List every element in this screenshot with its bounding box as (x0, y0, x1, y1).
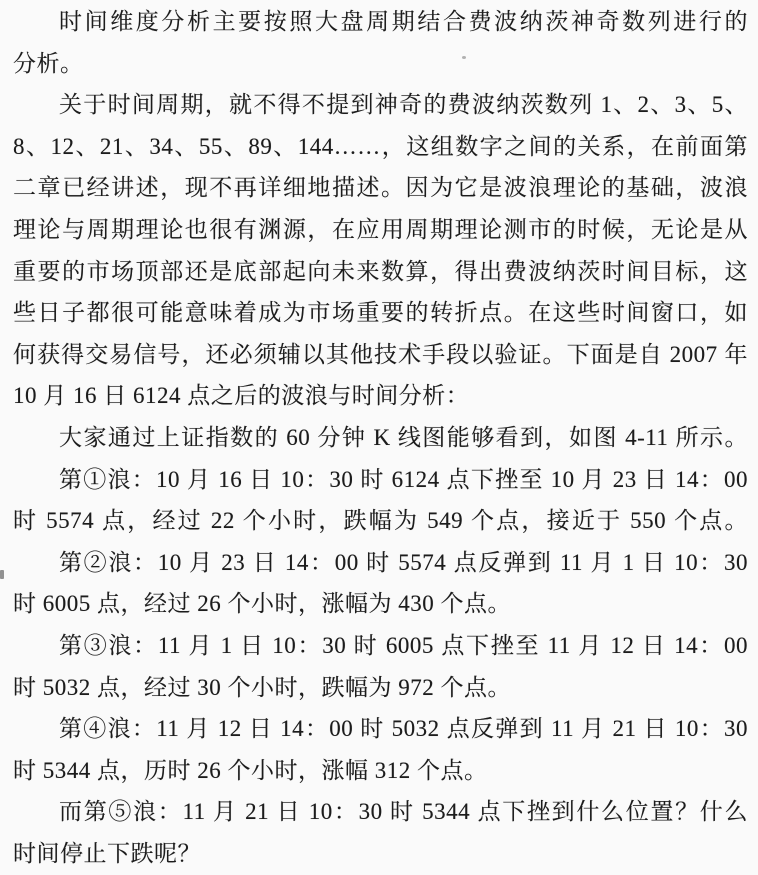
text-line-p3-l1: 大家通过上证指数的 60 分钟 K 线图能够看到，如图 4-11 所示。 (13, 417, 748, 459)
text-line-p5-l2: 时 6005 点，经过 26 个小时，涨幅为 430 个点。 (13, 583, 748, 625)
document-page: 时间维度分析主要按照大盘周期结合费波纳茨神奇数列进行的分析。关于时间周期，就不得… (0, 0, 758, 875)
text-line-p6-l2: 时 5032 点，经过 30 个小时，跌幅为 972 个点。 (13, 667, 748, 709)
scan-artifact (366, 648, 369, 651)
text-line-p2-l2: 8、12、21、34、55、89、144……，这组数字之间的关系，在前面第 (13, 126, 748, 168)
text-line-p2-l1: 关于时间周期，就不得不提到神奇的费波纳茨数列 1、2、3、5、 (13, 84, 748, 126)
text-line-p6-l1: 第③浪：11 月 1 日 10：30 时 6005 点下挫至 11 月 12 日… (13, 625, 748, 667)
text-line-p1-l1: 时间维度分析主要按照大盘周期结合费波纳茨神奇数列进行的 (13, 1, 748, 43)
text-line-p2-l4: 理论与周期理论也很有渊源，在应用周期理论测市的时候，无论是从 (13, 209, 748, 251)
text-line-p7-l1: 第④浪：11 月 12 日 14：00 时 5032 点反弹到 11 月 21 … (13, 708, 748, 750)
text-line-p4-l1: 第①浪：10 月 16 日 10：30 时 6124 点下挫至 10 月 23 … (13, 459, 748, 501)
text-line-p8-l1: 而第⑤浪：11 月 21 日 10：30 时 5344 点下挫到什么位置？什么 (13, 791, 748, 833)
scan-artifact (462, 56, 466, 59)
text-line-p2-l5: 重要的市场顶部还是底部起向未来数算，得出费波纳茨时间目标，这 (13, 251, 748, 293)
text-line-p2-l7: 何获得交易信号，还必须辅以其他技术手段以验证。下面是自 2007 年 (13, 334, 748, 376)
text-line-p7-l2: 时 5344 点，历时 26 个小时，涨幅 312 个点。 (13, 750, 748, 792)
scan-artifact (0, 570, 4, 579)
text-line-p8-l2: 时间停止下跌呢？ (13, 833, 748, 875)
text-line-p1-l2: 分析。 (13, 43, 748, 85)
text-line-p2-l6: 些日子都很可能意味着成为市场重要的转折点。在这些时间窗口，如 (13, 292, 748, 334)
text-line-p5-l1: 第②浪：10 月 23 日 14：00 时 5574 点反弹到 11 月 1 日… (13, 542, 748, 584)
text-line-p2-l8: 10 月 16 日 6124 点之后的波浪与时间分析： (13, 375, 748, 417)
text-line-p2-l3: 二章已经讲述，现不再详细地描述。因为它是波浪理论的基础，波浪 (13, 167, 748, 209)
text-line-p4-l2: 时 5574 点，经过 22 个小时，跌幅为 549 个点，接近于 550 个点… (13, 500, 748, 542)
